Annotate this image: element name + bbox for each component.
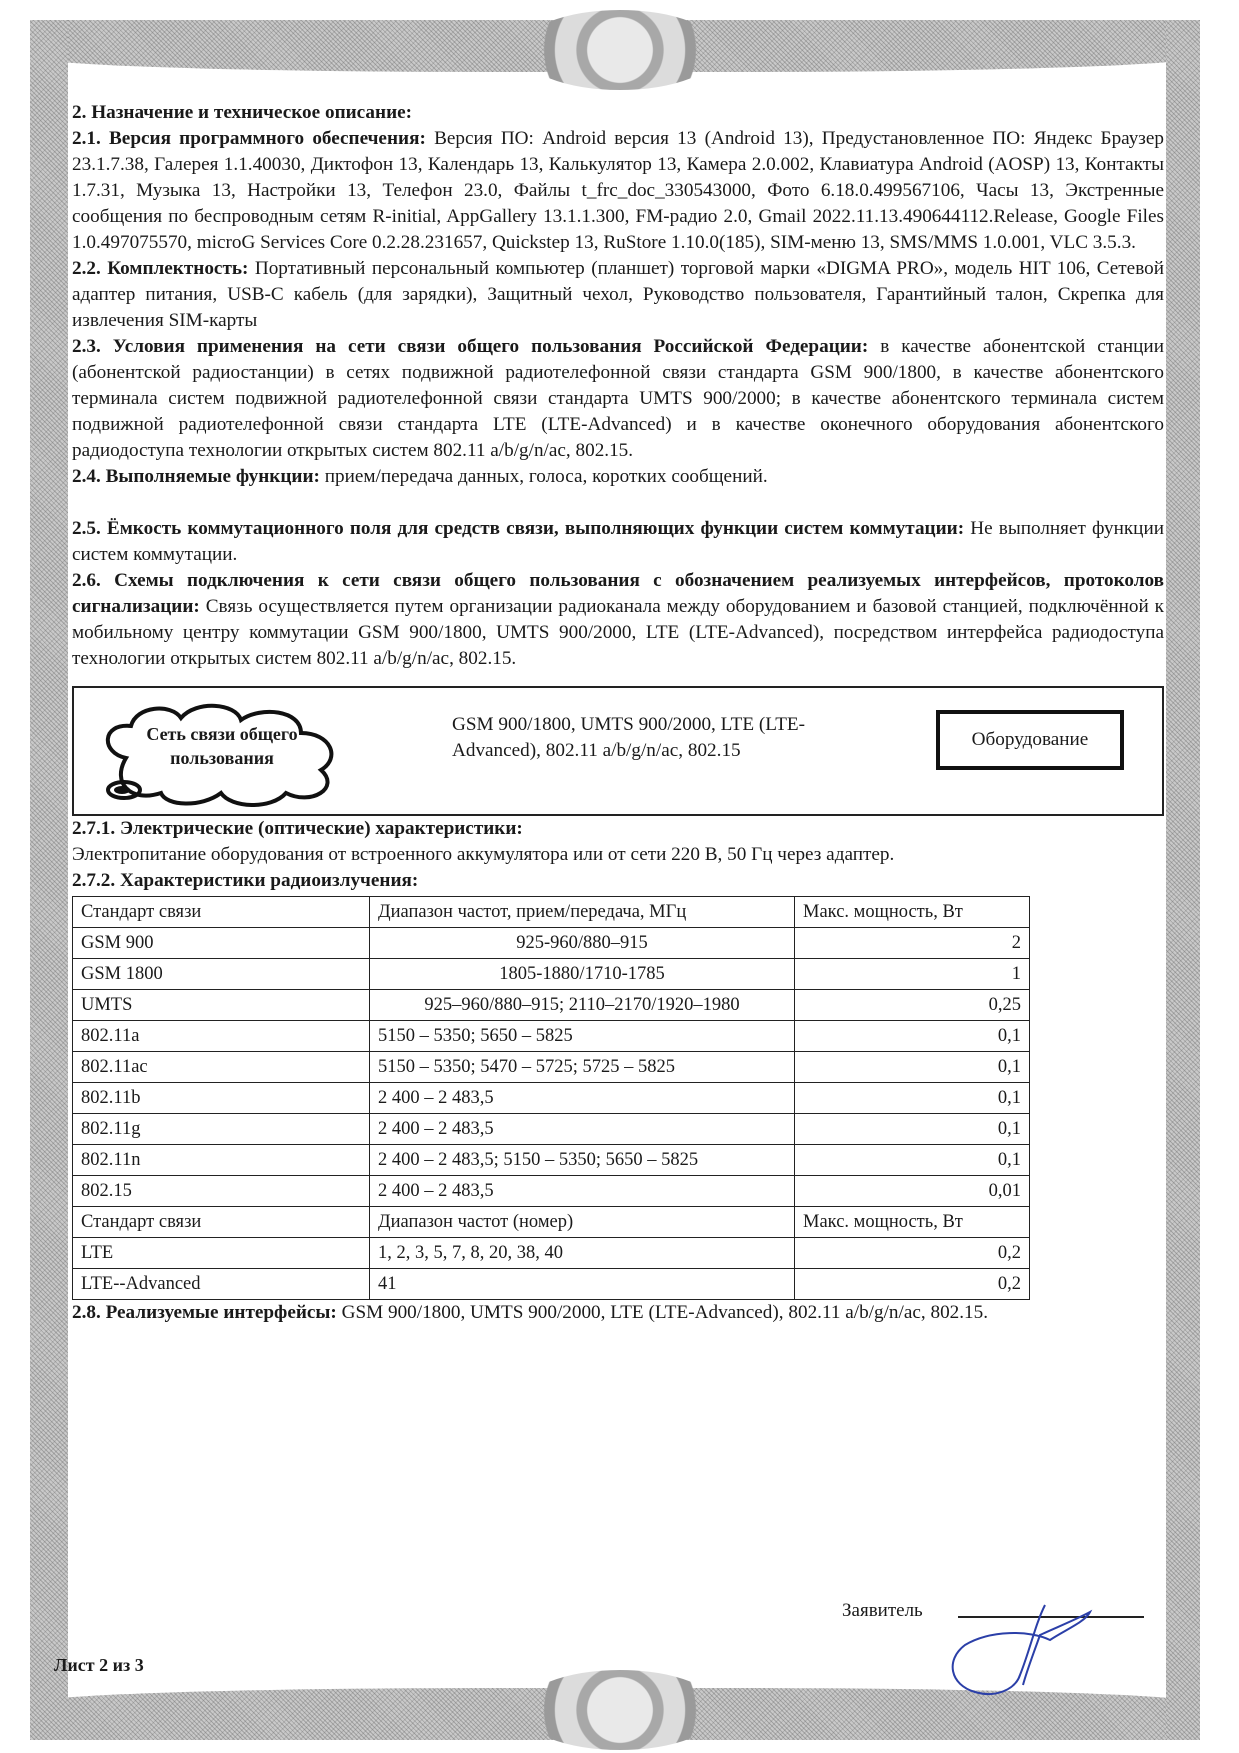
standard-cell: LTE	[73, 1238, 370, 1269]
standard-cell: 802.11ac	[73, 1052, 370, 1083]
frequency-cell: 5150 – 5350; 5470 – 5725; 5725 – 5825	[370, 1052, 795, 1083]
section-2-6: 2.6. Схемы подключения к сети связи обще…	[72, 568, 1164, 672]
table-row: 802.11a5150 – 5350; 5650 – 58250,1	[73, 1021, 1030, 1052]
table-row: UMTS925–960/880–915; 2110–2170/1920–1980…	[73, 990, 1030, 1021]
section-2-7-1-text: Электропитание оборудования от встроенно…	[72, 842, 1164, 868]
radio-characteristics-table: Стандарт связиДиапазон частот, прием/пер…	[72, 896, 1030, 1300]
section-2-3: 2.3. Условия применения на сети связи об…	[72, 334, 1164, 464]
section-2-7-2-title: 2.7.2. Характеристики радиоизлучения:	[72, 868, 1164, 894]
power-cell: 0,01	[795, 1176, 1030, 1207]
frequency-cell: 925–960/880–915; 2110–2170/1920–1980	[370, 990, 795, 1021]
frequency-cell: 1805-1880/1710-1785	[370, 959, 795, 990]
standard-cell: LTE--Advanced	[73, 1269, 370, 1300]
power-cell: Макс. мощность, Вт	[795, 897, 1030, 928]
standard-cell: 802.15	[73, 1176, 370, 1207]
table-row: LTE--Advanced 410,2	[73, 1269, 1030, 1300]
sheet-number: Лист 2 из 3	[54, 1655, 144, 1676]
power-cell: 2	[795, 928, 1030, 959]
power-cell: 0,1	[795, 1021, 1030, 1052]
frequency-cell: 2 400 – 2 483,5; 5150 – 5350; 5650 – 582…	[370, 1145, 795, 1176]
table-row: 802.11ac5150 – 5350; 5470 – 5725; 5725 –…	[73, 1052, 1030, 1083]
power-cell: 0,25	[795, 990, 1030, 1021]
table-row: 802.11n2 400 – 2 483,5; 5150 – 5350; 565…	[73, 1145, 1030, 1176]
frequency-cell: Диапазон частот (номер)	[370, 1207, 795, 1238]
power-cell: 0,2	[795, 1238, 1030, 1269]
section-2-5: 2.5. Ёмкость коммутационного поля для ср…	[72, 516, 1164, 568]
standard-cell: 802.11n	[73, 1145, 370, 1176]
power-cell: 0,1	[795, 1145, 1030, 1176]
decorative-border-right	[1166, 20, 1200, 1740]
table-row: 802.11g2 400 – 2 483,50,1	[73, 1114, 1030, 1145]
table-header-row: Стандарт связиДиапазон частот, прием/пер…	[73, 897, 1030, 928]
equipment-label: Оборудование	[972, 727, 1089, 753]
section-2-8: 2.8. Реализуемые интерфейсы: GSM 900/180…	[72, 1300, 1164, 1326]
interfaces-label: GSM 900/1800, UMTS 900/2000, LTE (LTE-Ad…	[452, 712, 872, 764]
ornament-top-icon	[520, 10, 720, 90]
power-cell: Макс. мощность, Вт	[795, 1207, 1030, 1238]
standard-cell: 802.11g	[73, 1114, 370, 1145]
document-body: 2. Назначение и техническое описание: 2.…	[72, 100, 1164, 1326]
standard-cell: GSM 1800	[73, 959, 370, 990]
power-cell: 0,1	[795, 1114, 1030, 1145]
power-cell: 0,1	[795, 1052, 1030, 1083]
frequency-cell: Диапазон частот, прием/передача, МГц	[370, 897, 795, 928]
table-row: GSM 18001805-1880/1710-17851	[73, 959, 1030, 990]
table-row: 802.11b2 400 – 2 483,50,1	[73, 1083, 1030, 1114]
standard-cell: GSM 900	[73, 928, 370, 959]
section-2-1: 2.1. Версия программного обеспечения: Ве…	[72, 126, 1164, 256]
standard-cell: UMTS	[73, 990, 370, 1021]
signature-icon	[935, 1600, 1095, 1700]
standard-cell: Стандарт связи	[73, 1207, 370, 1238]
frequency-cell: 1, 2, 3, 5, 7, 8, 20, 38, 40	[370, 1238, 795, 1269]
table-header-row: Стандарт связиДиапазон частот (номер)Мак…	[73, 1207, 1030, 1238]
power-cell: 1	[795, 959, 1030, 990]
standard-cell: Стандарт связи	[73, 897, 370, 928]
section-2-2: 2.2. Комплектность: Портативный персонал…	[72, 256, 1164, 334]
frequency-cell: 2 400 – 2 483,5	[370, 1114, 795, 1145]
frequency-cell: 2 400 – 2 483,5	[370, 1176, 795, 1207]
standard-cell: 802.11a	[73, 1021, 370, 1052]
section-2-4: 2.4. Выполняемые функции: прием/передача…	[72, 464, 1164, 490]
table-row: 802.152 400 – 2 483,50,01	[73, 1176, 1030, 1207]
section-2-7-1-title: 2.7.1. Электрические (оптические) характ…	[72, 816, 1164, 842]
frequency-cell: 925-960/880–915	[370, 928, 795, 959]
connection-diagram: Сеть связи общего пользования GSM 900/18…	[72, 686, 1164, 816]
frequency-cell: 2 400 – 2 483,5	[370, 1083, 795, 1114]
standard-cell: 802.11b	[73, 1083, 370, 1114]
frequency-cell: 5150 – 5350; 5650 – 5825	[370, 1021, 795, 1052]
table-row: LTE1, 2, 3, 5, 7, 8, 20, 38, 400,2	[73, 1238, 1030, 1269]
power-cell: 0,1	[795, 1083, 1030, 1114]
section-title: 2. Назначение и техническое описание:	[72, 100, 1164, 126]
decorative-border-left	[30, 20, 68, 1740]
frequency-cell: 41	[370, 1269, 795, 1300]
power-cell: 0,2	[795, 1269, 1030, 1300]
applicant-label: Заявитель	[842, 1600, 923, 1622]
ornament-bottom-icon	[520, 1670, 720, 1750]
table-row: GSM 900925-960/880–9152	[73, 928, 1030, 959]
equipment-box: Оборудование	[936, 710, 1124, 770]
cloud-label: Сеть связи общего пользования	[132, 722, 312, 770]
